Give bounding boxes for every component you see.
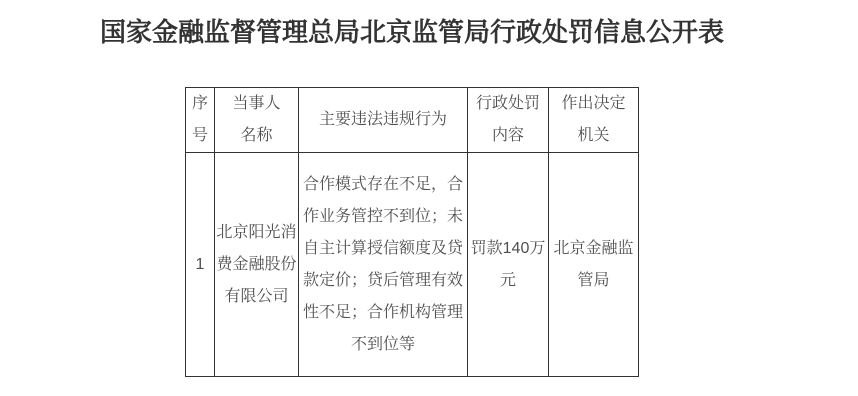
cell-penalty-content: 罚款140万元 [468,153,549,377]
header-violations: 主要违法违规行为 [299,88,468,153]
cell-serial-number: 1 [186,153,215,377]
cell-deciding-authority: 北京金融监管局 [549,153,639,377]
content-area: 国家金融监督管理总局北京监管局行政处罚信息公开表 序 号 当事人 名称 主要违法… [0,14,824,377]
header-party-name: 当事人 名称 [215,88,299,153]
header-deciding-authority: 作出决定 机关 [549,88,639,153]
cell-party-name: 北京阳光消费金融股份有限公司 [215,153,299,377]
cell-violations: 合作模式存在不足，合作业务管控不到位；未自主计算授信额度及贷款定价；贷后管理有效… [299,153,468,377]
penalty-info-table: 序 号 当事人 名称 主要违法违规行为 行政处罚 内容 作出决定 机关 1 北京… [185,87,639,377]
page-title: 国家金融监督管理总局北京监管局行政处罚信息公开表 [0,14,824,50]
header-serial-number: 序 号 [186,88,215,153]
table-header-row: 序 号 当事人 名称 主要违法违规行为 行政处罚 内容 作出决定 机关 [186,88,639,153]
table-row: 1 北京阳光消费金融股份有限公司 合作模式存在不足，合作业务管控不到位；未自主计… [186,153,639,377]
header-penalty-content: 行政处罚 内容 [468,88,549,153]
